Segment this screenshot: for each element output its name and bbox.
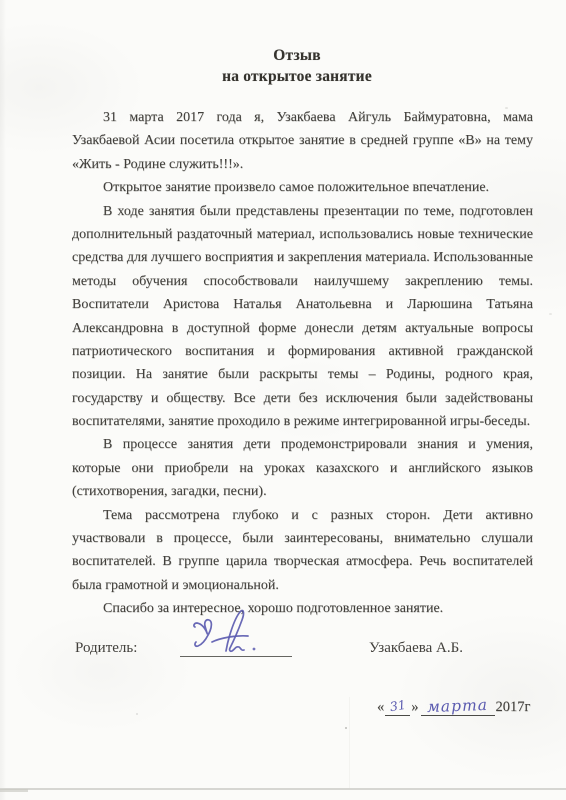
text-line: воспитателями, занятие проходило в режим…	[72, 410, 533, 433]
scan-speck	[505, 107, 508, 109]
text-line: Тема рассмотрена глубоко и с разных стор…	[72, 504, 533, 527]
date-day-handwritten: 31	[389, 697, 407, 714]
text-line: средства для лучшего восприятия и закреп…	[72, 246, 533, 269]
text-line: Узакбаевой Асии посетила открытое заняти…	[72, 129, 533, 152]
scan-speck	[345, 727, 347, 729]
text-line: Воспитатели Аристова Наталья Анатольевна…	[72, 293, 533, 316]
text-line: Александровна в доступной форме донесли …	[72, 317, 533, 340]
text-line: В ходе занятия были представлены презент…	[72, 200, 533, 223]
text-line: Спасибо за интересное, хорошо подготовле…	[72, 597, 533, 620]
text-line: воспитателей. В группе царила творческая…	[72, 550, 533, 573]
handwritten-signature-icon	[188, 606, 272, 658]
document-body: 31 марта 2017 года я, Узакбаева Айгуль Б…	[72, 106, 533, 621]
date-month-underline: марта	[421, 697, 495, 716]
date-day-underline: 31	[385, 699, 410, 716]
scan-speck	[549, 313, 552, 315]
date-open-quote: «	[377, 698, 384, 716]
text-line: которые они приобрели на уроках казахско…	[72, 457, 533, 480]
title-line-2: на открытое занятие	[72, 66, 522, 87]
date-year: 2017г	[496, 698, 531, 716]
scan-crease	[349, 697, 350, 789]
parent-label: Родитель:	[75, 640, 137, 657]
text-line: участвовали в процессе, были заинтересов…	[72, 527, 533, 550]
text-line: была грамотной и эмоциональной.	[72, 574, 533, 597]
date-close-quote: »	[411, 698, 418, 716]
document-title: Отзыв на открытое занятие	[72, 45, 522, 87]
text-line: (стихотворения, загадки, песни).	[72, 480, 533, 503]
text-line: В процессе занятия дети продемонстрирова…	[72, 433, 533, 456]
text-line: 31 марта 2017 года я, Узакбаева Айгуль Б…	[72, 106, 533, 129]
document-page: Отзыв на открытое занятие 31 марта 2017 …	[0, 0, 566, 800]
date-month-handwritten: марта	[427, 697, 489, 716]
text-line: позиции. На занятие были раскрыты темы –…	[72, 363, 533, 386]
text-line: дополнительный раздаточный материал, исп…	[72, 223, 533, 246]
date-line: « 31 » марта 2017г	[377, 697, 530, 716]
text-line: патриотического воспитания и формировани…	[72, 340, 533, 363]
text-line: «Жить - Родине служить!!!».	[72, 153, 533, 176]
scan-speck	[136, 713, 138, 715]
scan-bottom-notch	[0, 789, 28, 792]
scan-left-shadow	[0, 0, 6, 800]
title-line-1: Отзыв	[72, 45, 522, 66]
parent-name: Узакбаева А.Б.	[369, 640, 463, 657]
scan-bottom-edge	[0, 788, 566, 790]
text-line: Открытое занятие произвело самое положит…	[72, 176, 533, 199]
text-line: методы обучения способствовали наилучшем…	[72, 270, 533, 293]
text-line: государству и обществу. Все дети без иск…	[72, 387, 533, 410]
